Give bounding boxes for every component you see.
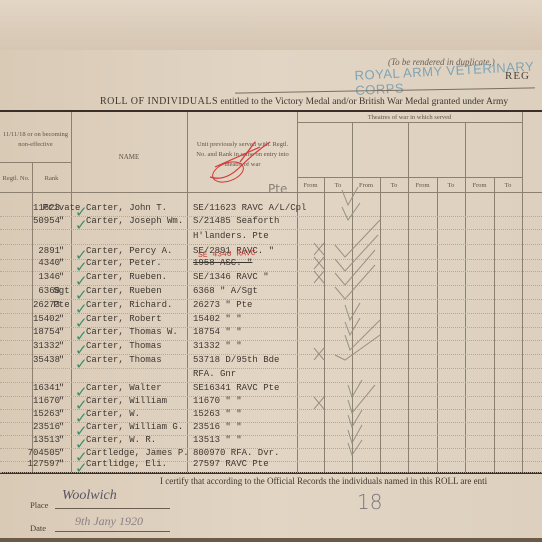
name: Carter, Rueben	[86, 286, 162, 296]
roll-title-bold: ROLL OF INDIVIDUALS	[100, 96, 218, 107]
unit: 53718 D/95th Bde	[193, 355, 279, 365]
name: Carter, Peter.	[86, 258, 162, 268]
page-bottom-edge	[0, 538, 542, 542]
unit: 15263 " "	[193, 409, 242, 419]
place-label: Place	[30, 500, 48, 510]
name: Carter, Thomas	[86, 341, 162, 351]
name: Carter, William	[86, 396, 167, 406]
unit: 18754 " "	[193, 327, 242, 337]
name: Cartlidge, Eli.	[86, 459, 167, 469]
unit: SE/1346 RAVC "	[193, 272, 269, 282]
unit: 6368 " A/Sgt	[193, 286, 258, 296]
name: Carter, Joseph Wm.	[86, 216, 183, 226]
certification-text: I certify that according to the Official…	[160, 476, 487, 486]
name: Carter, Robert	[86, 314, 162, 324]
pencil-pte-note: Pte	[268, 182, 287, 196]
header-effective-date: 11/11/18 or on becoming non-effective	[0, 130, 71, 150]
roll-title-rest: entitled to the Victory Medal and/or Bri…	[218, 97, 508, 107]
place-value: Woolwich	[62, 488, 117, 504]
unit: SE/11623 RAVC A/L/Cpl	[193, 203, 306, 213]
header-regtl-no: Regtl. No.	[0, 174, 32, 184]
header-to-4: To	[494, 181, 522, 191]
header-from-3: From	[408, 181, 437, 191]
name: Carter, W.	[86, 409, 140, 419]
header-theatres: Theatres of war in which served	[297, 113, 522, 123]
name: Carter, William G.	[86, 422, 183, 432]
previous-page-edge	[0, 0, 542, 52]
header-from-4: From	[465, 181, 494, 191]
unit: 11670 " "	[193, 396, 242, 406]
date-value: 9th Jany 1920	[75, 514, 143, 529]
name: Carter, Rueben.	[86, 272, 167, 282]
unit: H'landers. Pte	[193, 231, 269, 241]
unit: S/21485 Seaforth	[193, 216, 279, 226]
table-row: 50954"✓Carter, Joseph Wm.S/21485 Seafort…	[0, 214, 542, 230]
table-row: 127597"✓Cartlidge, Eli. 27597 RAVC Pte	[0, 457, 542, 473]
unit: 13513 " "	[193, 435, 242, 445]
unit: 23516 " "	[193, 422, 242, 432]
red-pencil-scribble	[200, 137, 280, 187]
date-label: Date	[30, 523, 46, 533]
header-to-3: To	[437, 181, 465, 191]
name: Carter, Thomas W.	[86, 327, 178, 337]
header-divider	[297, 177, 522, 178]
unit: 27597 RAVC Pte	[193, 459, 269, 469]
name: Carter, Richard.	[86, 300, 172, 310]
unit: RFA. Gnr	[193, 369, 236, 379]
unit: 15402 " "	[193, 314, 242, 324]
place-line	[55, 508, 170, 509]
name: Carter, Percy A.	[86, 246, 172, 256]
date-line	[55, 531, 170, 532]
reg-fragment: REG	[505, 70, 530, 82]
unit: SE16341 RAVC Pte	[193, 383, 279, 393]
name: Carter, Thomas	[86, 355, 162, 365]
header-divider	[0, 162, 71, 163]
header-name: NAME	[71, 152, 187, 162]
roll-title: ROLL OF INDIVIDUALS entitled to the Vict…	[100, 96, 508, 107]
pencil-theatre-marks	[300, 185, 390, 470]
header-rank: Rank	[32, 174, 71, 184]
table-row: H'landers. Pte	[0, 229, 542, 245]
unit: 31332 " "	[193, 341, 242, 351]
name: Carter, W. R.	[86, 435, 156, 445]
name: Carter, John T.	[86, 203, 167, 213]
name: Carter, Walter	[86, 383, 162, 393]
unit: 26273 " Pte	[193, 300, 252, 310]
page-number: 18	[357, 490, 382, 514]
